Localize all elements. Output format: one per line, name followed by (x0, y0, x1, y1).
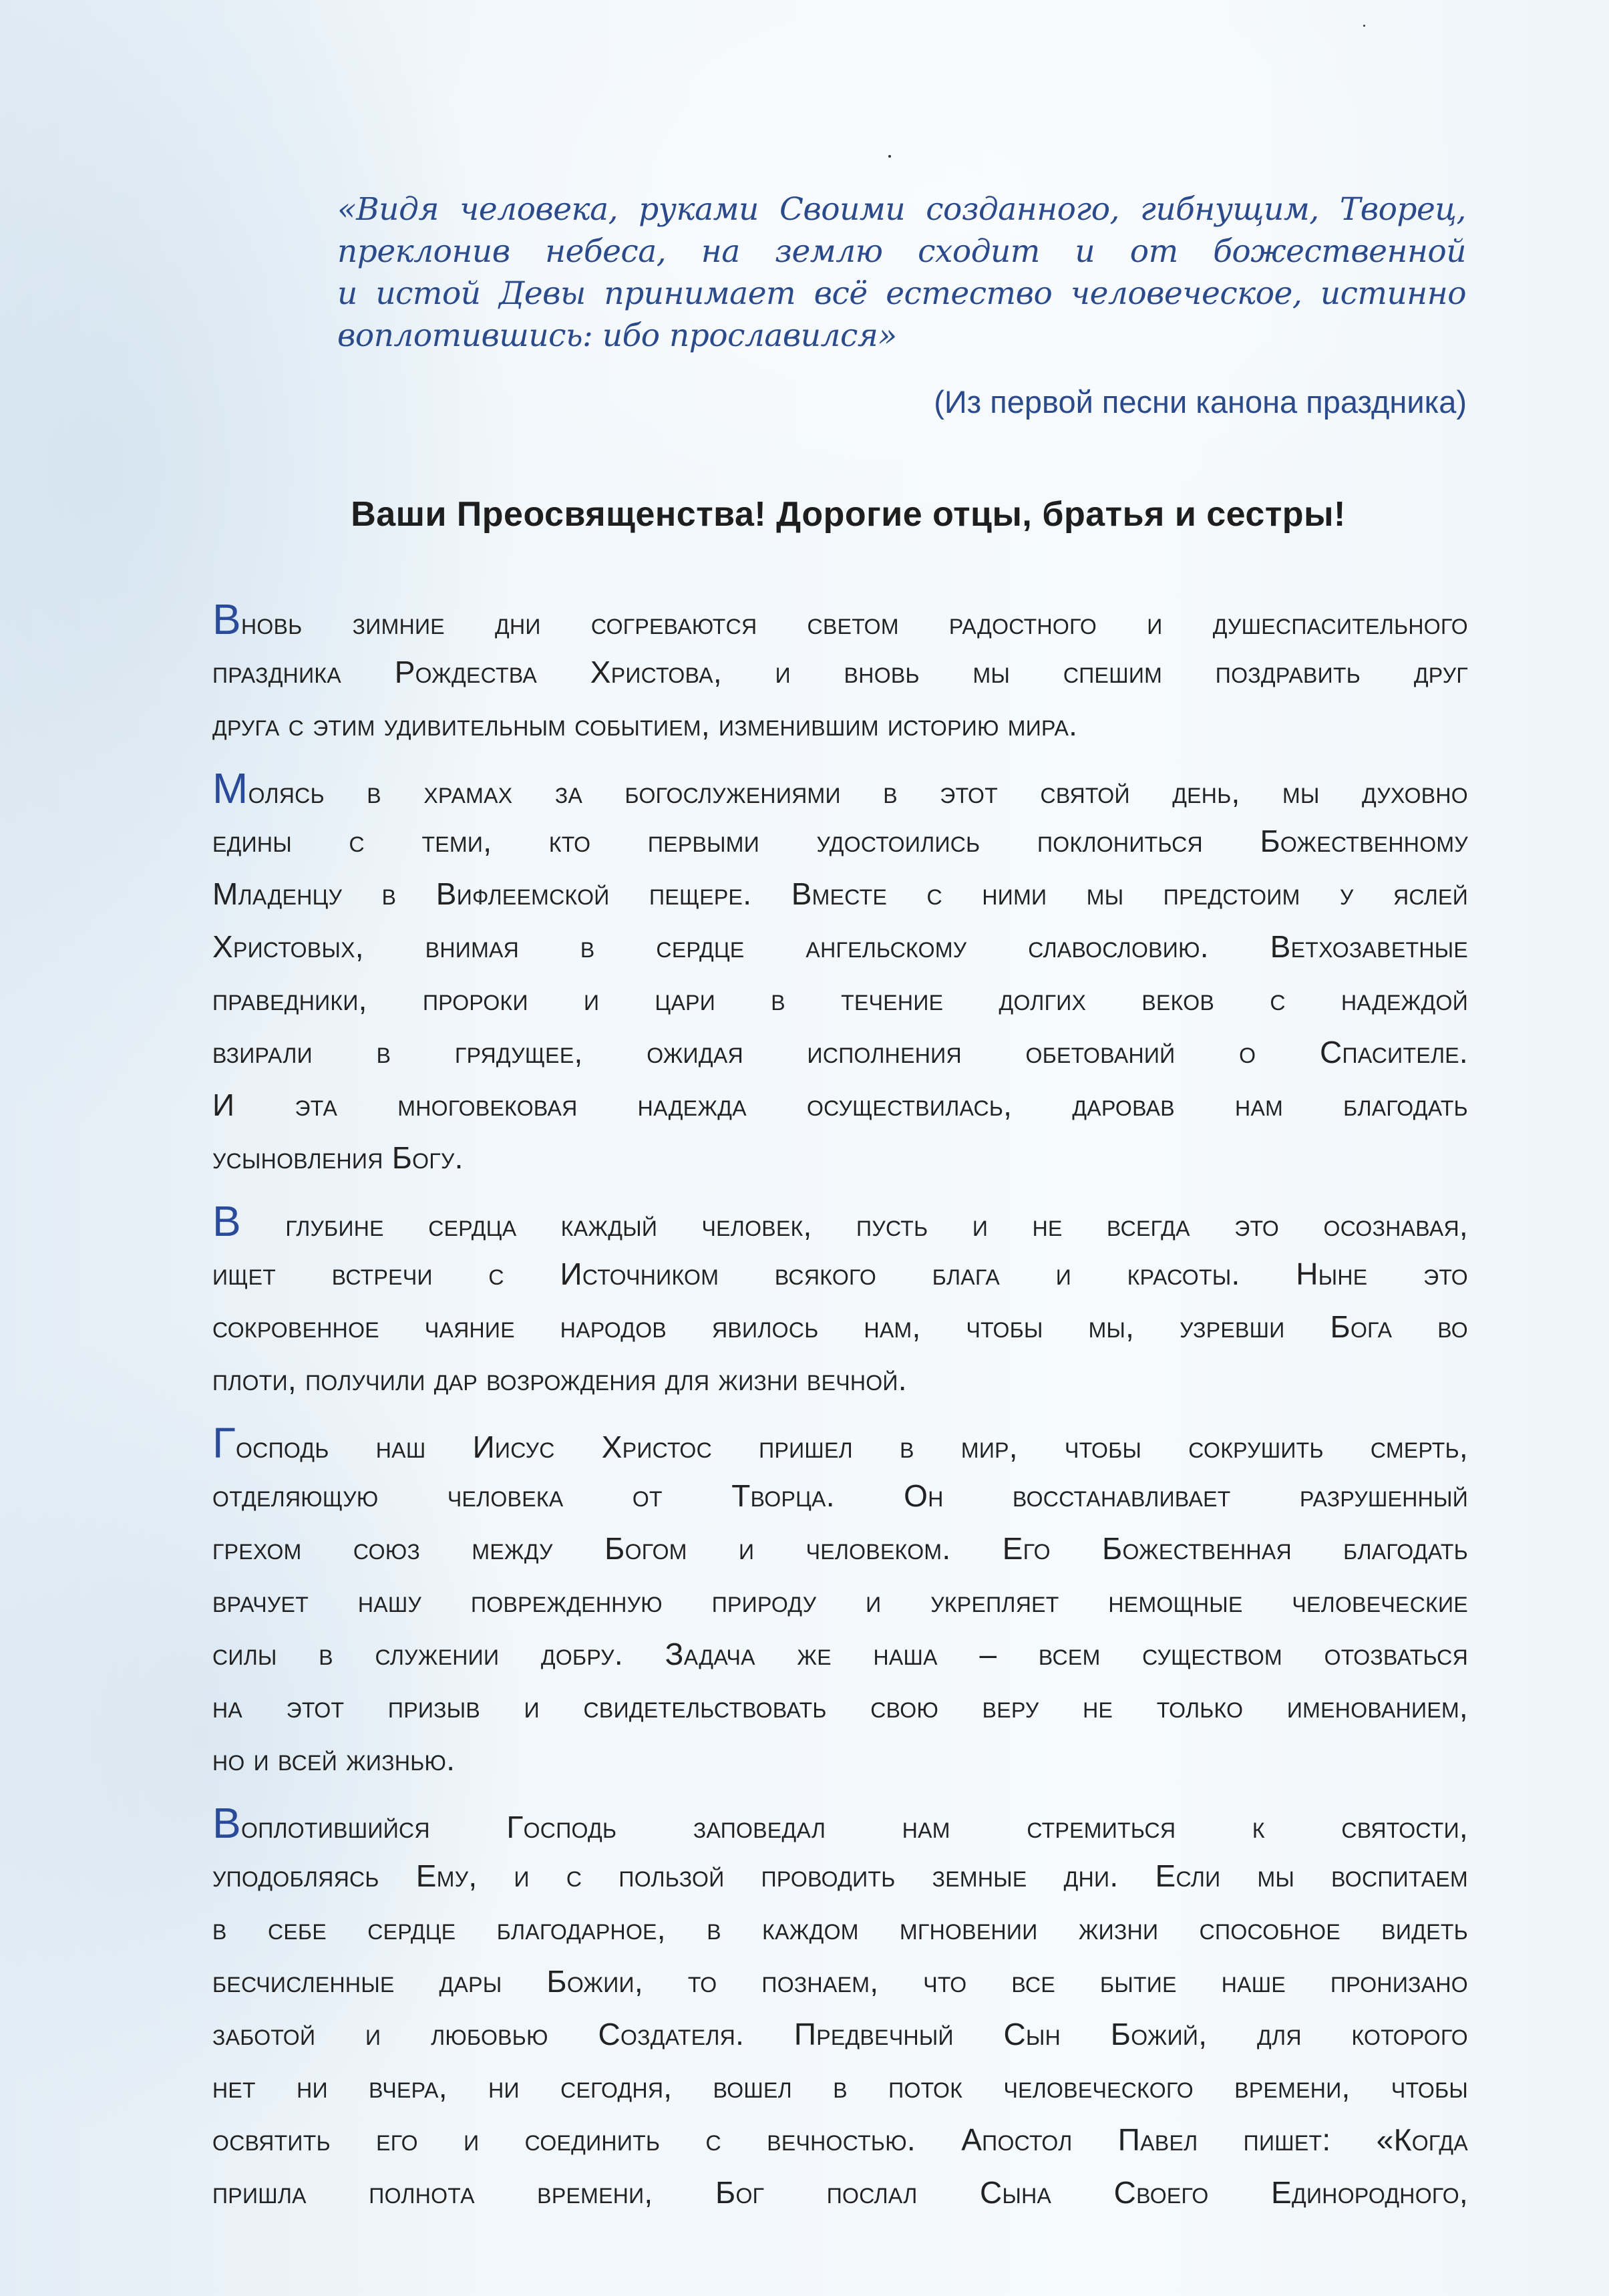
paragraph-3: В глубине сердца каждый человек, пусть и… (212, 1195, 1468, 1406)
epigraph-quote: «Видя человека, руками Своими созданного… (337, 188, 1466, 357)
text-line: в себе сердце благодарное, в каждом мгно… (212, 1903, 1468, 1955)
text-line: едины с теми, кто первыми удостоились по… (212, 815, 1468, 868)
text-line: И эта многовековая надежда осуществилась… (212, 1079, 1468, 1132)
epigraph-source: (Из первой песни канона праздника) (934, 382, 1467, 422)
drop-cap: В (212, 595, 241, 643)
epigraph-line: преклонив небеса, на землю сходит и от б… (337, 230, 1466, 273)
text-line: Вновь зимние дни согреваются светом радо… (212, 593, 1468, 646)
text-line: заботой и любовью Создателя. Предвечный … (212, 2008, 1468, 2061)
epigraph-line: и истой Девы принимает всё естество чело… (337, 273, 1466, 315)
text-line: нет ни вчера, ни сегодня, вошел в поток … (212, 2061, 1468, 2114)
drop-cap: В (212, 1197, 241, 1245)
text-line: В глубине сердца каждый человек, пусть и… (212, 1195, 1468, 1248)
paragraph-2: Молясь в храмах за богослужениями в этот… (212, 762, 1468, 1184)
text-line: ищет встречи с Источником всякого блага … (212, 1248, 1468, 1301)
scan-speck (1363, 25, 1365, 27)
message-body: Вновь зимние дни согреваются светом радо… (212, 593, 1468, 2219)
text-line: праведники, пророки и цари в течение дол… (212, 973, 1468, 1026)
scan-speck (888, 155, 891, 158)
paragraph-5: Воплотившийся Господь заповедал нам стре… (212, 1797, 1468, 2219)
text-line: сокровенное чаяние народов явилось нам, … (212, 1301, 1468, 1353)
greeting-heading: Ваши Преосвященства! Дорогие отцы, брать… (227, 491, 1469, 538)
drop-cap: Г (212, 1419, 236, 1467)
text-line: друга с этим удивительным событием, изме… (212, 699, 1468, 752)
text-line: Господь наш Иисус Христос пришел в мир, … (212, 1417, 1468, 1470)
text-line: но и всей жизнью. (212, 1734, 1468, 1786)
text-line: силы в служении добру. Задача же наша – … (212, 1628, 1468, 1681)
text-line: усыновления Богу. (212, 1132, 1468, 1184)
text-line: врачует нашу поврежденную природу и укре… (212, 1575, 1468, 1628)
text-line: Воплотившийся Господь заповедал нам стре… (212, 1797, 1468, 1850)
text-line: Молясь в храмах за богослужениями в этот… (212, 762, 1468, 815)
epigraph-line: «Видя человека, руками Своими созданного… (337, 188, 1466, 230)
document-page: «Видя человека, руками Своими созданного… (0, 0, 1609, 2296)
text-line: освятить его и соединить с вечностью. Ап… (212, 2114, 1468, 2166)
text-line: уподобляясь Ему, и с пользой проводить з… (212, 1850, 1468, 1903)
text-line: отделяющую человека от Творца. Он восста… (212, 1470, 1468, 1522)
text-line: Христовых, внимая в сердце ангельскому с… (212, 921, 1468, 973)
text-line: Младенцу в Вифлеемской пещере. Вместе с … (212, 868, 1468, 921)
text-line: праздника Рождества Христова, и вновь мы… (212, 646, 1468, 699)
text-line: плоти, получили дар возрождения для жизн… (212, 1353, 1468, 1406)
drop-cap: М (212, 764, 248, 812)
text-line: грехом союз между Богом и человеком. Его… (212, 1522, 1468, 1575)
text-line: на этот призыв и свидетельствовать свою … (212, 1681, 1468, 1734)
text-line: бесчисленные дары Божии, то познаем, что… (212, 1955, 1468, 2008)
paragraph-4: Господь наш Иисус Христос пришел в мир, … (212, 1417, 1468, 1786)
drop-cap: В (212, 1799, 241, 1847)
epigraph-line: воплотившись: ибо прославился» (337, 315, 1466, 357)
text-line: взирали в грядущее, ожидая исполнения об… (212, 1026, 1468, 1079)
paragraph-1: Вновь зимние дни согреваются светом радо… (212, 593, 1468, 752)
text-line: пришла полнота времени, Бог послал Сына … (212, 2166, 1468, 2219)
